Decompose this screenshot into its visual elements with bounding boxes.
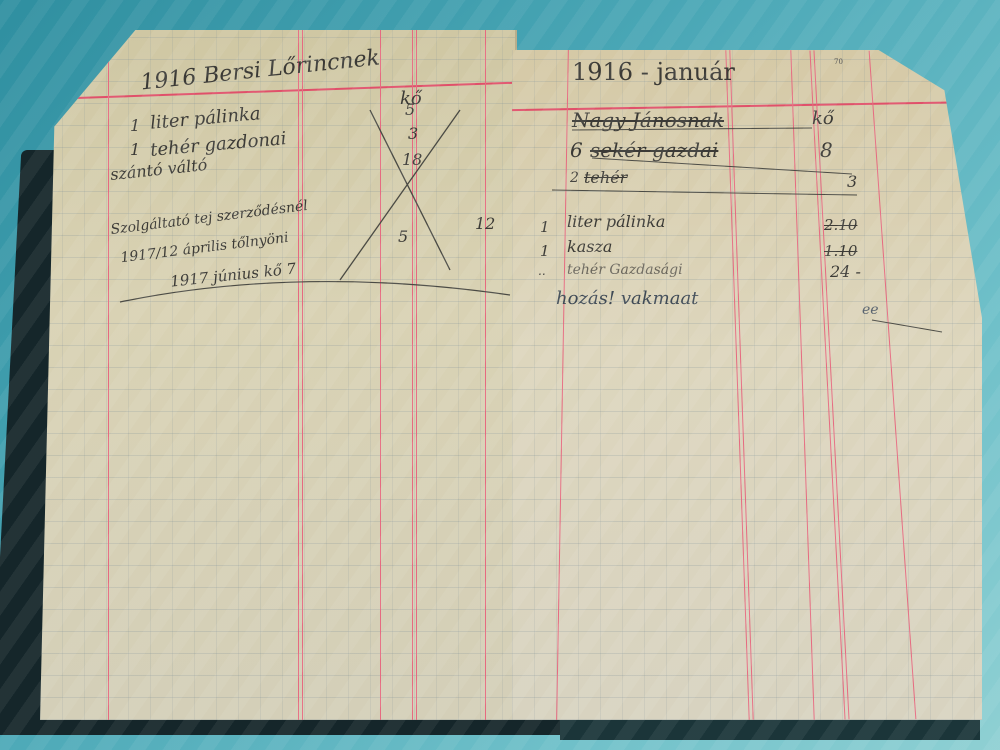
cross-out-lines [512,50,982,720]
cross-out-mark [40,30,515,720]
ledger-page-right: 1916 - január 70 Nagy Jánosnak kő 6 seké… [512,50,982,720]
ledger-page-left: 1916 Bersi Lőrincnek kő liter pálinka 1 … [40,30,517,720]
